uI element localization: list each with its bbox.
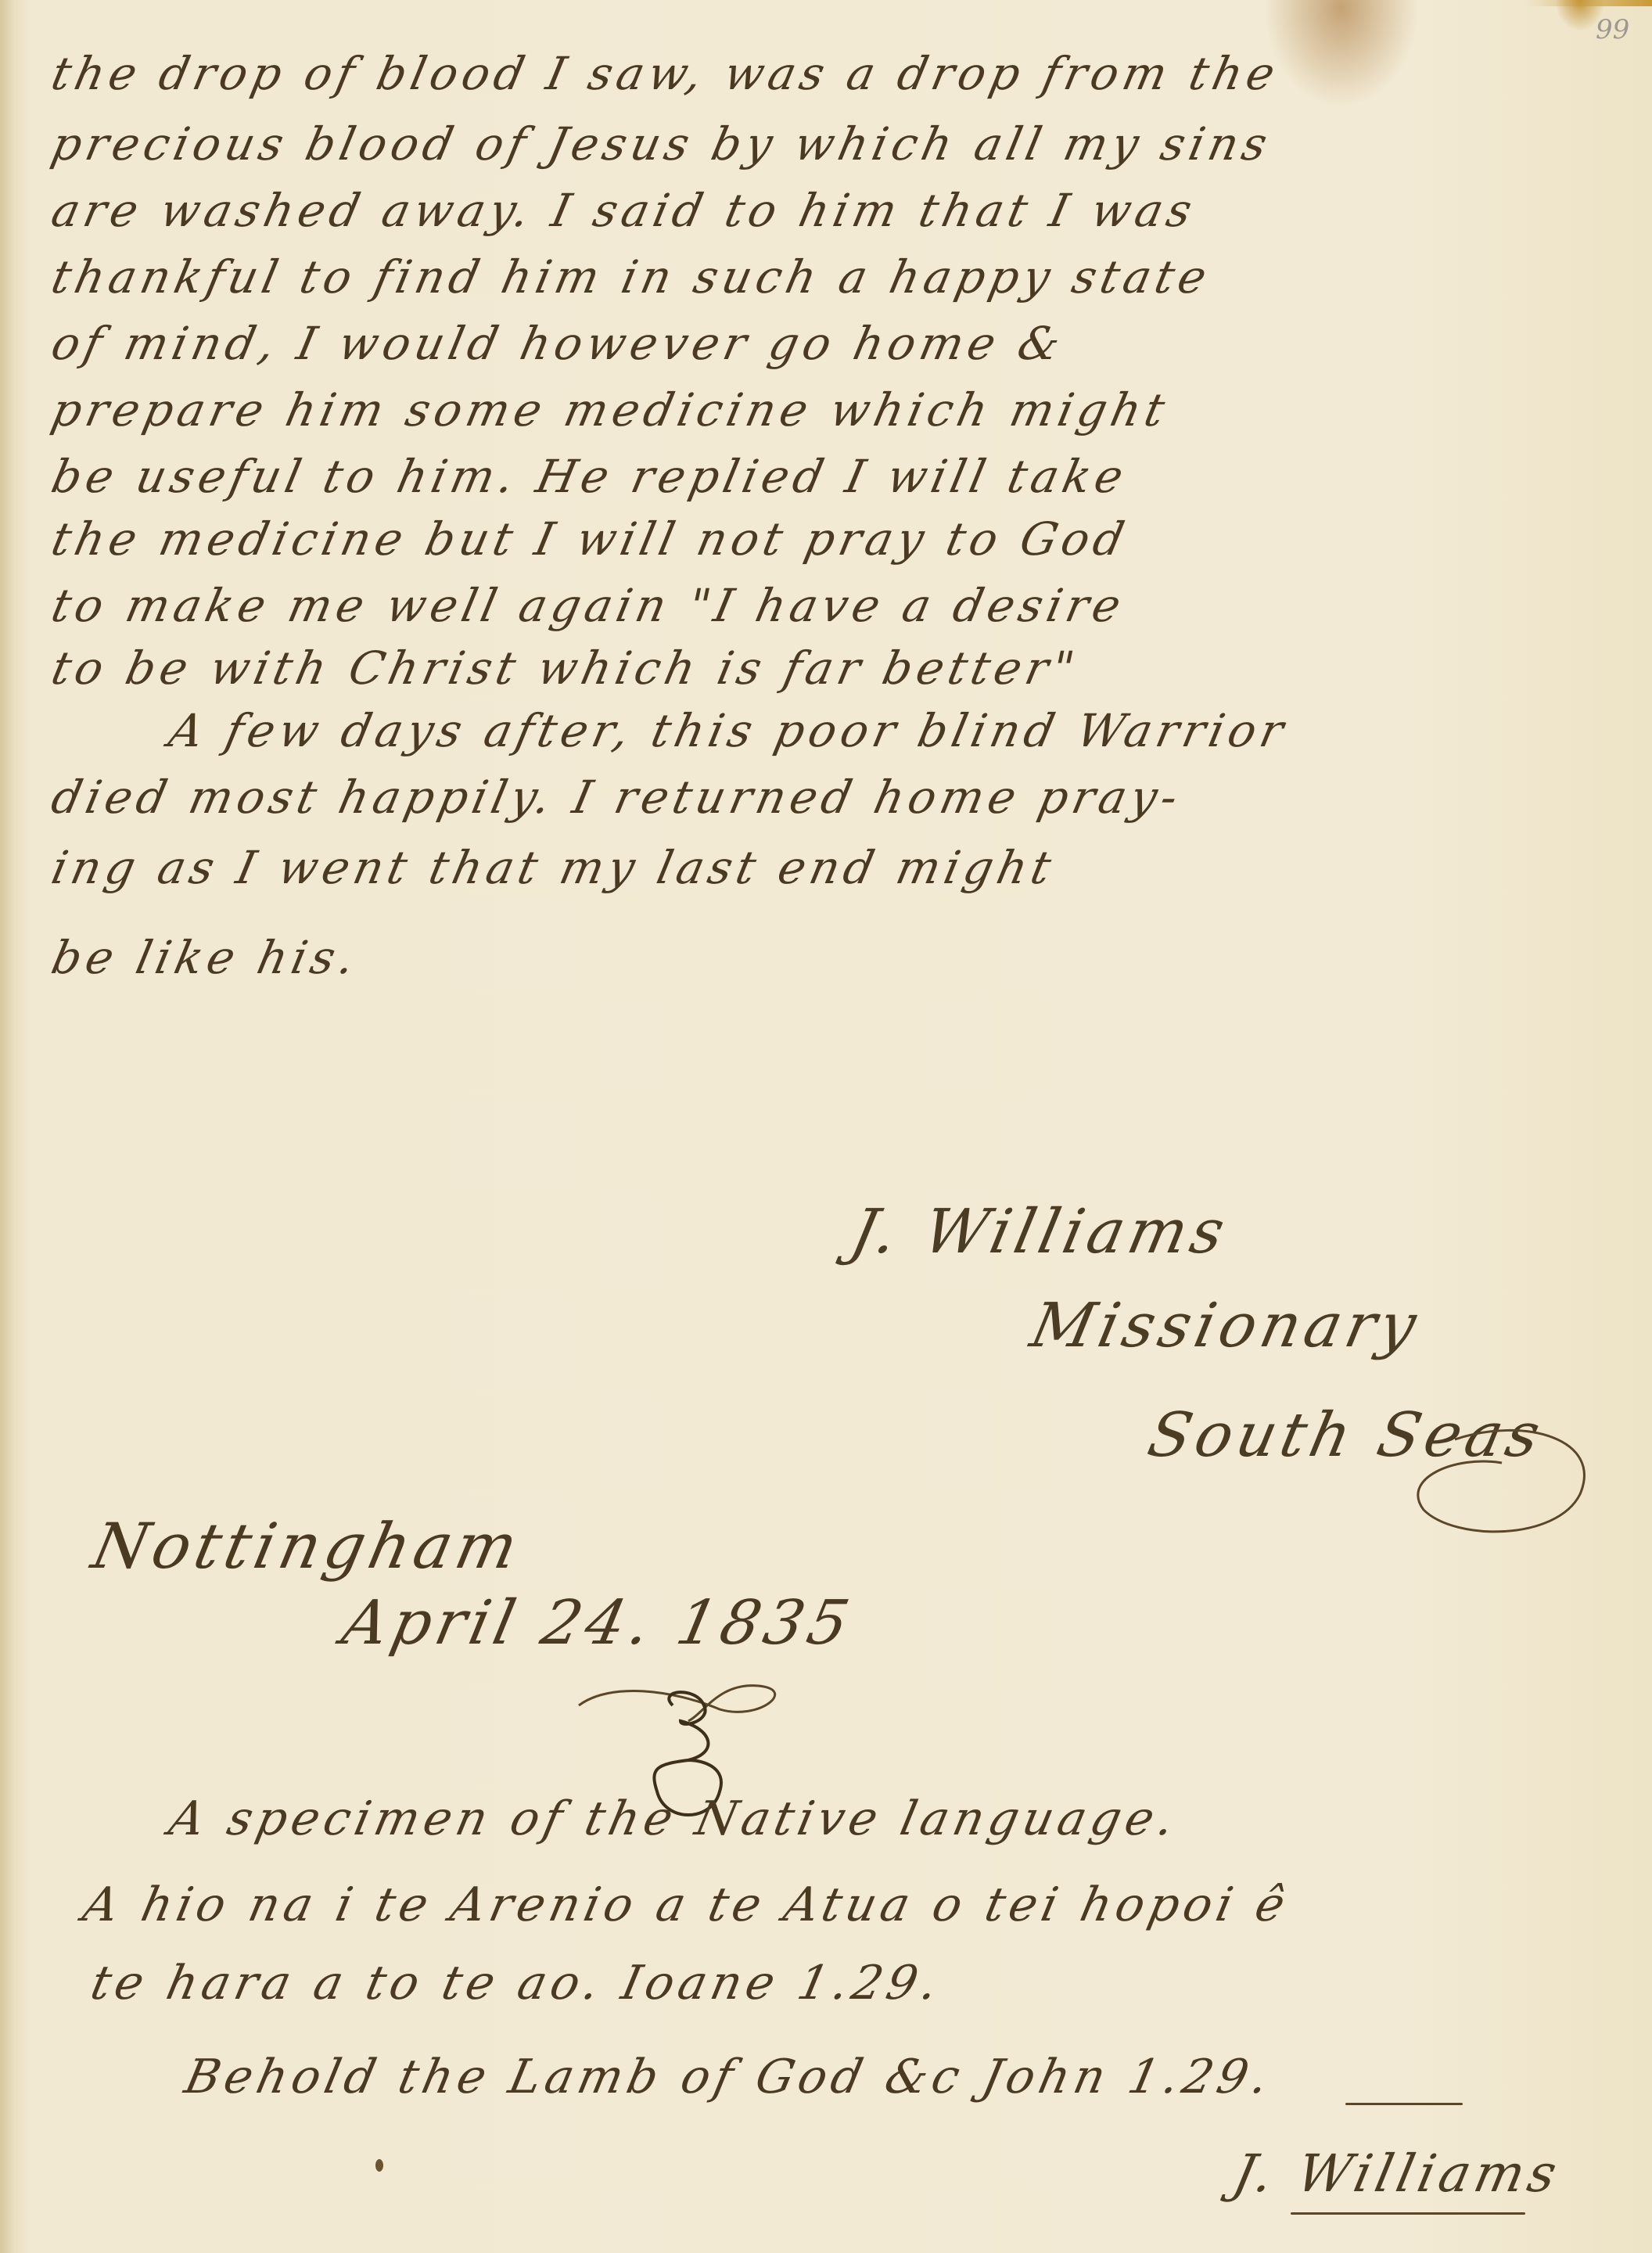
letter-line: prepare him some medicine which might bbox=[47, 383, 1174, 437]
dateline-date: April 24. 1835 bbox=[336, 1588, 860, 1658]
letter-line: died most happily. I returned home pray- bbox=[47, 771, 1187, 824]
reference-underline bbox=[1345, 2103, 1463, 2105]
letter-line: be like his. bbox=[47, 931, 364, 984]
dateline-place: Nottingham bbox=[86, 1510, 529, 1583]
letter-line: thankful to find him in such a happy sta… bbox=[47, 250, 1216, 304]
letter-line: precious blood of Jesus by which all my … bbox=[47, 117, 1277, 171]
specimen-signature: J. Williams bbox=[1228, 2143, 1567, 2204]
manuscript-page: 99 the drop of blood I saw, was a drop f… bbox=[0, 0, 1652, 2253]
letter-line: are washed away. I said to him that I wa… bbox=[47, 184, 1201, 237]
letter-line: A few days after, this poor blind Warrio… bbox=[164, 704, 1293, 757]
specimen-translation: Behold the Lamb of God &c John 1.29. bbox=[180, 2050, 1277, 2104]
specimen-native-line: A hio na i te Arenio a te Atua o tei hop… bbox=[78, 1878, 1295, 1932]
letter-line: be useful to him. He replied I will take bbox=[47, 450, 1133, 503]
ink-blot bbox=[375, 2159, 383, 2172]
letter-line: the medicine but I will not pray to God bbox=[47, 512, 1133, 566]
specimen-native-line: te hara a to te ao. Ioane 1.29. bbox=[86, 1956, 947, 2010]
letter-line: to be with Christ which is far better" bbox=[47, 641, 1083, 695]
signature-title: Missionary bbox=[1025, 1291, 1427, 1361]
specimen-heading: A specimen of the Native language. bbox=[164, 1791, 1183, 1846]
letter-line: the drop of blood I saw, was a drop from… bbox=[47, 47, 1284, 100]
signature-flourish-icon bbox=[1408, 1408, 1611, 1549]
signature-name: J. Williams bbox=[845, 1197, 1235, 1267]
page-number: 99 bbox=[1596, 14, 1629, 45]
book-gutter-shadow bbox=[0, 0, 14, 2253]
letter-line: to make me well again "I have a desire bbox=[47, 579, 1130, 632]
signature-underline bbox=[1291, 2212, 1525, 2215]
letter-line: ing as I went that my last end might bbox=[47, 841, 1061, 894]
gilt-page-edge bbox=[1525, 0, 1652, 6]
letter-line: of mind, I would however go home & bbox=[47, 317, 1069, 370]
